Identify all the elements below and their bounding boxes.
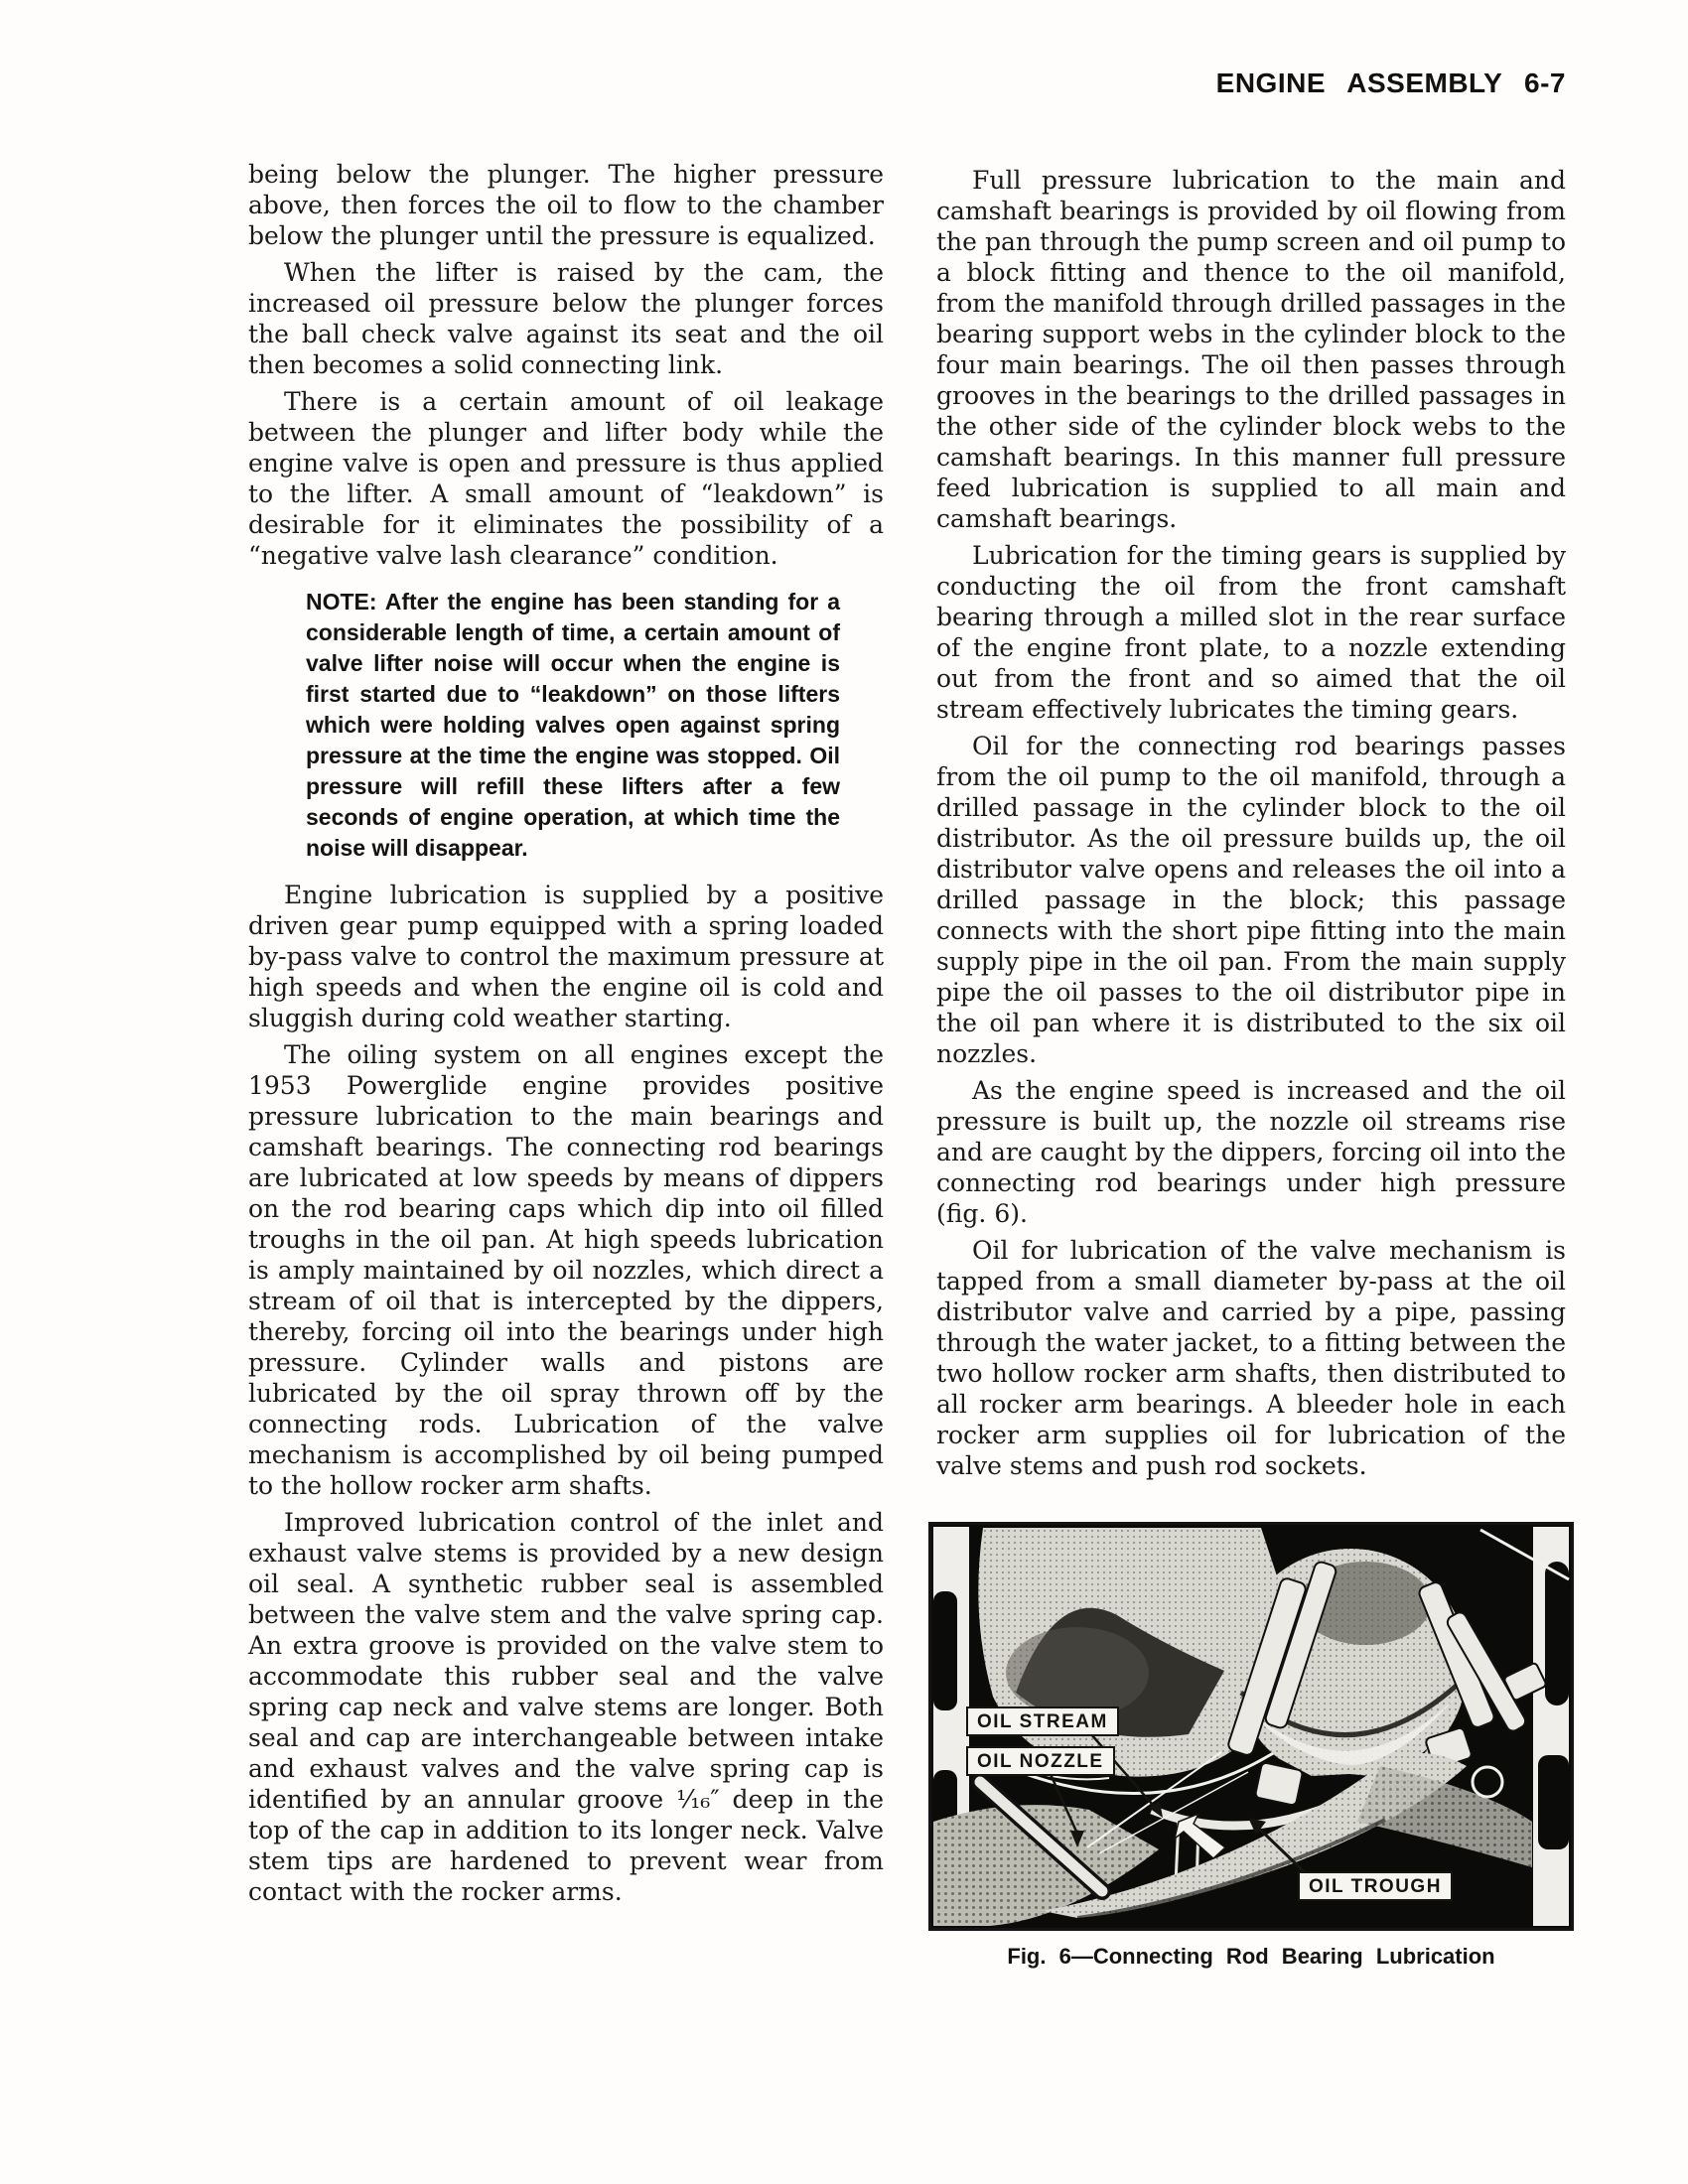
paragraph: There is a certain amount of oil leakage…	[248, 386, 884, 571]
left-column: being below the plunger. The higher pres…	[248, 159, 884, 1907]
manual-page: ENGINE ASSEMBLY 6-7 being below the plun…	[0, 0, 1688, 2184]
figure-label-oil-stream: OIL STREAM	[966, 1706, 1119, 1736]
figure-6: OIL STREAM OIL NOZZLE OIL TROUGH	[928, 1522, 1574, 1931]
figure-caption: Fig. 6—Connecting Rod Bearing Lubricatio…	[928, 1944, 1574, 1970]
figure-label-oil-trough: OIL TROUGH	[1298, 1871, 1453, 1901]
paragraph: Engine lubrication is supplied by a posi…	[248, 880, 884, 1033]
right-column: Full pressure lubrication to the main an…	[936, 159, 1566, 1481]
note-block: NOTE: After the engine has been standing…	[306, 587, 840, 864]
paragraph: When the lifter is raised by the cam, th…	[248, 257, 884, 380]
paragraph: being below the plunger. The higher pres…	[248, 159, 884, 251]
figure-label-oil-nozzle: OIL NOZZLE	[966, 1746, 1115, 1776]
paragraph: Oil for lubrication of the valve mechani…	[936, 1235, 1566, 1481]
paragraph: Improved lubrication control of the inle…	[248, 1507, 884, 1907]
paragraph: Lubrication for the timing gears is supp…	[936, 540, 1566, 725]
paragraph: As the engine speed is increased and the…	[936, 1075, 1566, 1229]
paragraph: Oil for the connecting rod bearings pass…	[936, 731, 1566, 1069]
paragraph: Full pressure lubrication to the main an…	[936, 165, 1566, 534]
paragraph: The oiling system on all engines except …	[248, 1039, 884, 1501]
page-header: ENGINE ASSEMBLY 6-7	[936, 69, 1566, 97]
